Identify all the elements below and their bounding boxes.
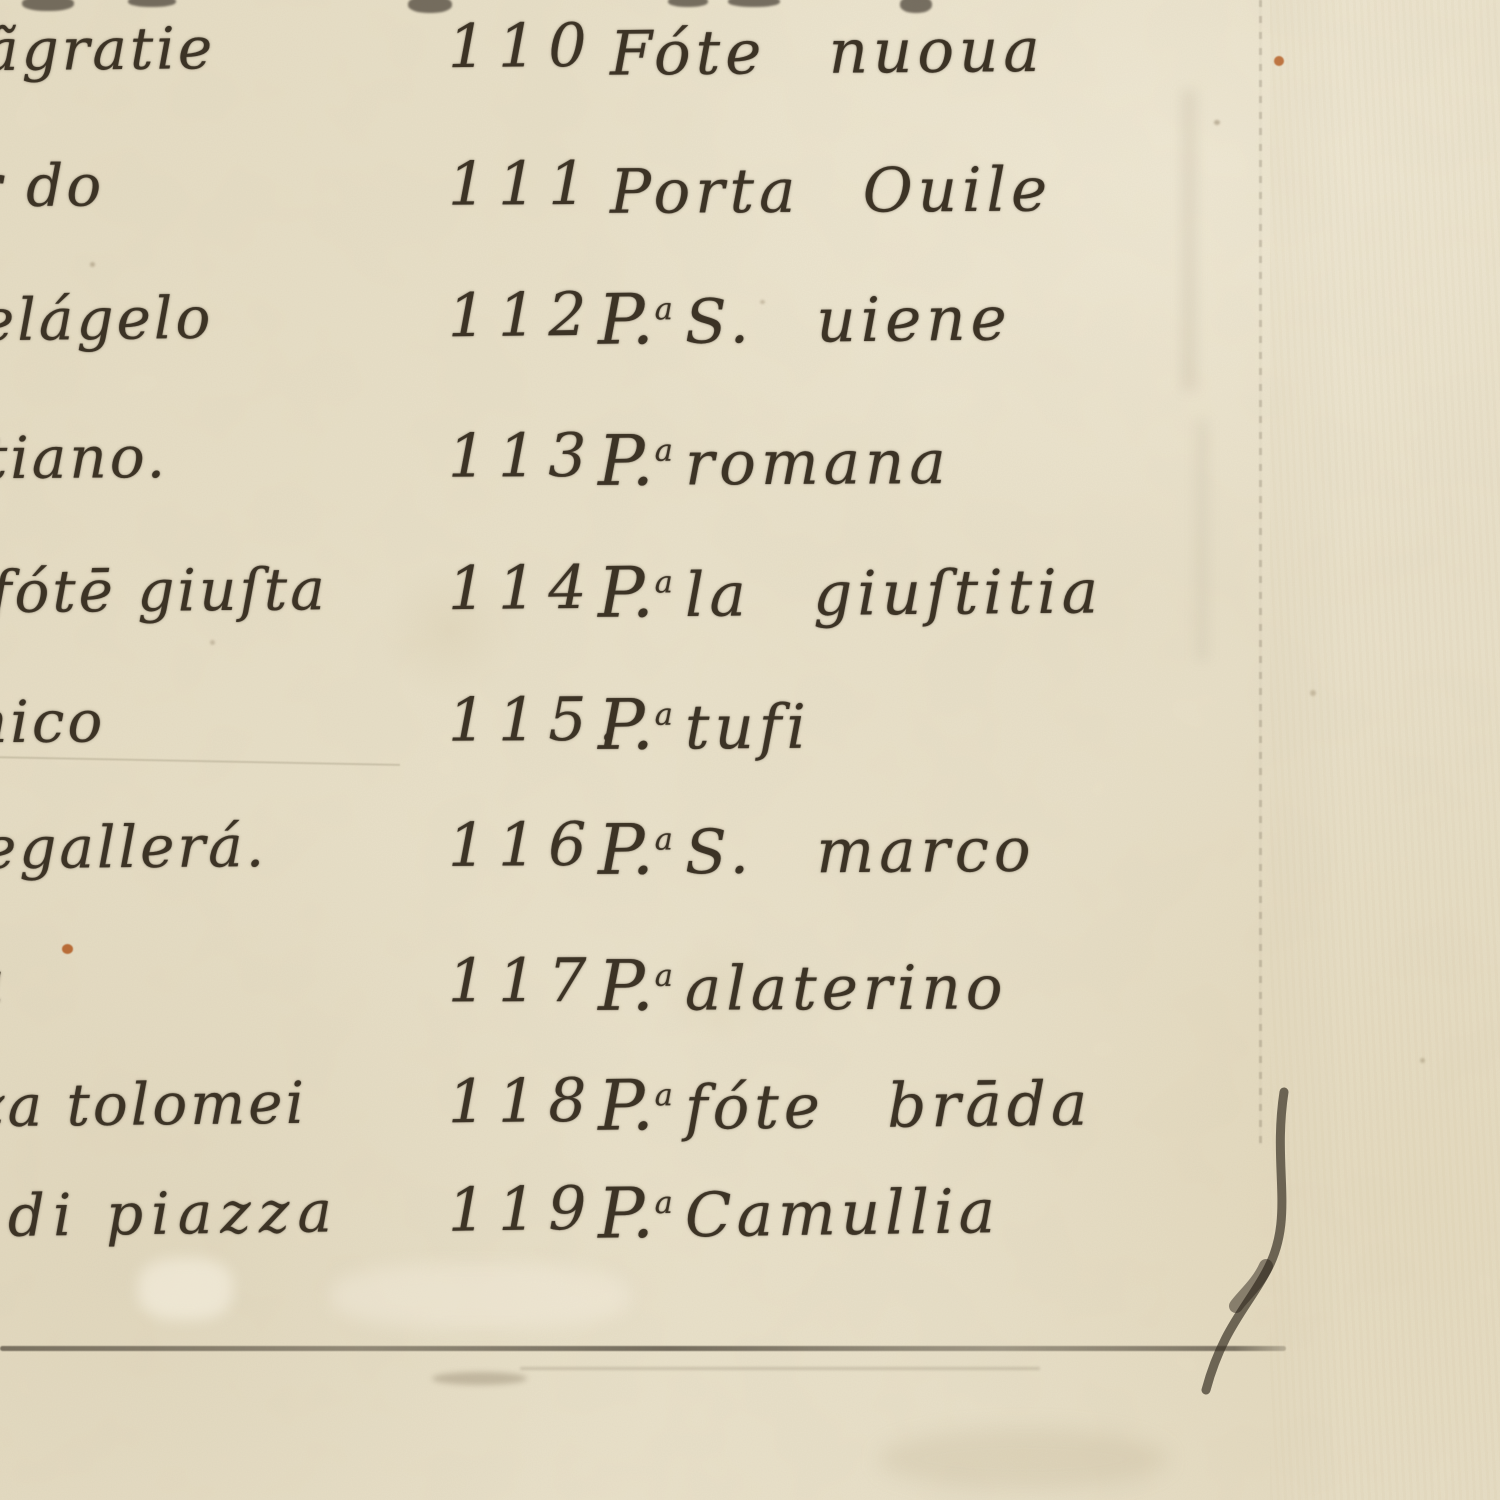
- left-column-fragment: nico: [0, 684, 448, 759]
- entry-number: 114: [448, 551, 599, 627]
- entry-name: P.aromana: [598, 417, 951, 506]
- right-column-entry: 117 P.aalaterino: [448, 942, 1008, 1031]
- entry-number: 117: [448, 944, 598, 1020]
- frame-right-border-line: [1259, 0, 1262, 1145]
- entry-number: 119: [447, 1172, 598, 1249]
- left-fragment-text: r do: [0, 151, 104, 220]
- entry-name-text: romana: [685, 427, 951, 499]
- porta-superscript-a: a: [654, 1078, 673, 1113]
- porta-superscript-a: a: [655, 565, 673, 600]
- entry-number: 115.: [448, 683, 598, 759]
- left-column-fragment: egallerá.: [0, 809, 448, 885]
- porta-abbreviation: P.: [598, 279, 656, 361]
- entry-name-text: Fóte nuoua: [610, 15, 1045, 90]
- paper-speck: [210, 640, 215, 645]
- right-column-entry: 114 P.ala giuſtitia: [448, 546, 1104, 639]
- frame-bottom-shadow-line: [520, 1367, 1040, 1370]
- legend-row: elágelo 112 P.aS. uiene: [0, 268, 1500, 371]
- legend-row: tiano. 113 P.aromana: [0, 414, 1500, 509]
- entry-name-text: Porta Ouile: [610, 154, 1053, 227]
- right-column-entry: 113 P.aromana: [448, 417, 951, 507]
- entry-name-text: tufi: [685, 692, 811, 764]
- entry-name-text: Camullia: [684, 1176, 1000, 1251]
- entry-name: P.aS. marco: [598, 805, 1036, 895]
- porta-abbreviation: P.: [598, 685, 655, 766]
- entry-number: 116: [448, 808, 599, 884]
- entry-name-text: alaterino: [685, 952, 1008, 1024]
- manuscript-page: ãgratie 110 Fóte nuoua r do 111 Porta Ou…: [0, 0, 1500, 1500]
- entry-name: Porta Ouile: [598, 144, 1053, 233]
- left-fragment-text: elágelo: [0, 284, 214, 354]
- entry-name: P.aCamullia: [597, 1166, 1000, 1259]
- rust-speck: [1274, 56, 1284, 66]
- entry-name-text: la giuſtitia: [685, 556, 1104, 631]
- paper-speck: [90, 262, 95, 267]
- paper-speck: [1420, 1058, 1425, 1063]
- cut-glyph-fragment: [668, 0, 708, 7]
- porta-abbreviation: P.: [598, 552, 656, 633]
- porta-abbreviation: P.: [598, 946, 655, 1027]
- legend-row: r do 111 Porta Ouile: [0, 142, 1500, 237]
- entry-name-text: S. marco: [685, 815, 1036, 888]
- frame-bottom-border-line: [0, 1346, 1286, 1351]
- right-column-entry: 116 P.aS. marco: [448, 805, 1036, 896]
- left-column-fragment: di piazza: [0, 1174, 448, 1253]
- left-column-fragment: fótē giuſta: [0, 552, 448, 628]
- porta-abbreviation: P.: [597, 1173, 655, 1255]
- entry-name: P.atufi: [598, 682, 811, 770]
- porta-superscript-a: a: [654, 1186, 673, 1221]
- cut-glyph-fragment: [22, 0, 74, 11]
- left-column-fragment: ãgratie: [0, 10, 448, 86]
- left-column-fragment: r do: [0, 148, 448, 223]
- legend-row: nico 115. P.atufi: [0, 678, 1500, 773]
- paper-speck: [1214, 120, 1220, 125]
- legend-row: za tolomei 118 P.afóte brāda: [0, 1054, 1500, 1157]
- right-column-entry: 111 Porta Ouile: [448, 144, 1053, 234]
- legend-row: a 117 P.aalaterino: [0, 941, 1500, 1033]
- porta-abbreviation: P.: [598, 1065, 656, 1147]
- light-patch: [138, 1258, 233, 1320]
- entry-number: 118: [448, 1064, 599, 1141]
- entry-name: Fóte nuoua: [598, 5, 1045, 96]
- porta-abbreviation: P.: [598, 809, 655, 890]
- entry-name: P.aalaterino: [598, 942, 1008, 1030]
- ink-smudge: [432, 1372, 527, 1385]
- porta-superscript-a: a: [655, 434, 673, 469]
- cut-glyph-fragment: [728, 0, 780, 7]
- paper-speck: [1310, 690, 1316, 696]
- entry-name: P.afóte brāda: [598, 1059, 1093, 1151]
- rust-speck: [62, 944, 73, 954]
- entry-number: 111: [448, 147, 598, 223]
- entry-name-text: fóte brāda: [685, 1069, 1093, 1144]
- legend-row: egallerá. 116 P.aS. marco: [0, 802, 1500, 899]
- cut-glyph-fragment: [128, 0, 176, 7]
- entry-number: 113: [448, 419, 598, 495]
- right-column-entry: 112 P.aS. uiene: [448, 273, 1013, 366]
- left-column-fragment: tiano.: [0, 420, 448, 495]
- left-column-fragment: elágelo: [0, 279, 448, 356]
- left-fragment-text: nico: [0, 687, 105, 756]
- left-fragment-text: tiano.: [0, 423, 168, 492]
- entry-name: P.ala giuſtitia: [598, 546, 1104, 637]
- porta-superscript-a: a: [655, 959, 673, 994]
- right-column-entry: 119 P.aCamullia: [447, 1166, 1000, 1261]
- right-column-entry: 110 Fóte nuoua: [448, 5, 1045, 97]
- legend-row: ãgratie 110 Fóte nuoua: [0, 1, 1500, 101]
- porta-abbreviation: [598, 11, 599, 92]
- right-column-entry: 115. P.atufi: [448, 682, 811, 771]
- paper-speck: [760, 300, 765, 304]
- porta-abbreviation: P.: [598, 421, 655, 502]
- entry-number: 112: [448, 278, 599, 355]
- porta-superscript-a: a: [654, 292, 673, 327]
- left-column-fragment: za tolomei: [0, 1065, 448, 1142]
- left-fragment-text: za tolomei: [0, 1069, 307, 1140]
- entry-name-text: S. uiene: [685, 283, 1012, 357]
- paper-smudge: [878, 1428, 1168, 1490]
- right-column-entry: 118 P.afóte brāda: [448, 1059, 1093, 1153]
- left-fragment-text: fótē giuſta: [0, 555, 328, 626]
- legend-row: fótē giuſta 114 P.ala giuſtitia: [0, 543, 1500, 643]
- light-patch: [330, 1264, 630, 1328]
- porta-superscript-a: a: [655, 823, 673, 858]
- left-fragment-text: di piazza: [7, 1177, 340, 1250]
- entry-name: P.aS. uiene: [598, 273, 1013, 364]
- left-fragment-text: ãgratie: [0, 14, 215, 84]
- left-fragment-text: a: [0, 948, 8, 1016]
- left-fragment-text: egallerá.: [0, 812, 267, 882]
- entry-number: 110: [448, 9, 599, 85]
- porta-superscript-a: a: [655, 698, 673, 733]
- left-column-fragment: a: [0, 944, 448, 1018]
